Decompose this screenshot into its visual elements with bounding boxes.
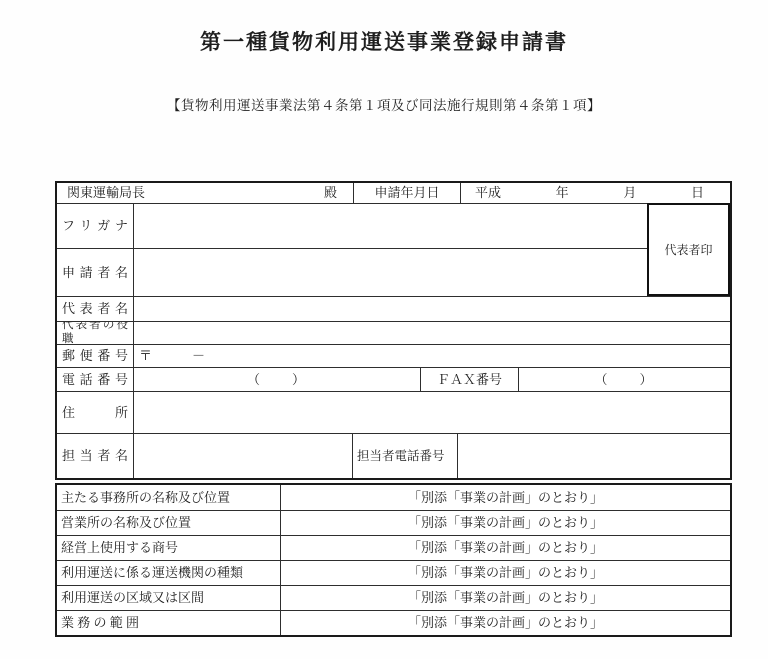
row-contact: 担当者名 担当者電話番号	[57, 433, 730, 478]
transport-mode-label: 利用運送に係る運送機関の種類	[57, 560, 280, 585]
representative-seal-box: 代表者印	[647, 203, 730, 296]
table-row: 営業所の名称及び位置 「別添「事業の計画」のとおり」	[57, 510, 730, 535]
form-legal-reference: 【貨物利用運送事業法第４条第１項及び同法施行規則第４条第１項】	[0, 94, 768, 114]
postal-mark: 〒	[139, 348, 152, 364]
row-address: 住所	[57, 391, 730, 433]
application-date-label: 申請年月日	[353, 183, 460, 203]
applicant-table: 関東運輸局長 殿 申請年月日 平成 年 月 日 フリガナ 申請者名	[55, 181, 732, 480]
trade-name-label: 経営上使用する商号	[57, 535, 280, 560]
row-phone: 電話番号 （ ） ＦＡＸ番号 （ ）	[57, 367, 730, 391]
table-row: 業 務 の 範 囲 「別添「事業の計画」のとおり」	[57, 610, 730, 635]
business-scope-label: 業 務 の 範 囲	[57, 610, 280, 635]
contact-name-label: 担当者名	[57, 433, 133, 478]
sales-office-value: 「別添「事業の計画」のとおり」	[280, 510, 730, 535]
form-title: 第一種貨物利用運送事業登録申請書	[0, 26, 768, 56]
postal-code-field[interactable]: 〒 －	[133, 344, 730, 367]
row-representative-title: 代表者の役職	[57, 321, 730, 344]
table-row: 利用運送に係る運送機関の種類 「別添「事業の計画」のとおり」	[57, 560, 730, 585]
era-label: 平成	[475, 185, 501, 201]
representative-title-field[interactable]	[133, 321, 730, 344]
postal-dash: －	[192, 348, 205, 364]
transport-area-value: 「別添「事業の計画」のとおり」	[280, 585, 730, 610]
furigana-label: フリガナ	[57, 203, 133, 248]
transport-area-label: 利用運送の区域又は区間	[57, 585, 280, 610]
contact-name-field[interactable]	[133, 433, 352, 478]
application-form-page: 第一種貨物利用運送事業登録申請書 【貨物利用運送事業法第４条第１項及び同法施行規…	[0, 0, 768, 659]
transport-mode-value: 「別添「事業の計画」のとおり」	[280, 560, 730, 585]
recipient-name: 関東運輸局長	[67, 185, 145, 201]
postal-code-label: 郵便番号	[57, 344, 133, 367]
application-date-field[interactable]: 平成 年 月 日	[460, 183, 730, 203]
phone-field[interactable]: （ ）	[133, 367, 420, 391]
row-furigana: フリガナ	[57, 203, 730, 248]
furigana-field[interactable]	[133, 203, 647, 248]
representative-name-field[interactable]	[133, 296, 730, 321]
business-scope-value: 「別添「事業の計画」のとおり」	[280, 610, 730, 635]
phone-label: 電話番号	[57, 367, 133, 391]
representative-title-label: 代表者の役職	[57, 321, 133, 344]
row-header: 関東運輸局長 殿 申請年月日 平成 年 月 日	[57, 183, 730, 203]
contact-phone-label: 担当者電話番号	[352, 433, 457, 478]
address-label: 住所	[57, 391, 133, 433]
applicant-name-label: 申請者名	[57, 248, 133, 296]
row-applicant-name: 申請者名	[57, 248, 730, 296]
honorific-dono: 殿	[324, 185, 337, 201]
year-label: 年	[556, 185, 569, 201]
address-field[interactable]	[133, 391, 730, 433]
recipient-cell: 関東運輸局長 殿	[57, 183, 353, 203]
month-label: 月	[623, 185, 636, 201]
main-office-label: 主たる事務所の名称及び位置	[57, 485, 280, 510]
sales-office-label: 営業所の名称及び位置	[57, 510, 280, 535]
table-row: 主たる事務所の名称及び位置 「別添「事業の計画」のとおり」	[57, 485, 730, 510]
fax-label: ＦＡＸ番号	[420, 367, 518, 391]
representative-seal-label: 代表者印	[664, 241, 712, 258]
fax-field[interactable]: （ ）	[518, 367, 730, 391]
day-label: 日	[691, 185, 704, 201]
main-office-value: 「別添「事業の計画」のとおり」	[280, 485, 730, 510]
table-row: 経営上使用する商号 「別添「事業の計画」のとおり」	[57, 535, 730, 560]
row-representative-name: 代表者名	[57, 296, 730, 321]
trade-name-value: 「別添「事業の計画」のとおり」	[280, 535, 730, 560]
contact-phone-field[interactable]	[457, 433, 730, 478]
business-plan-table: 主たる事務所の名称及び位置 「別添「事業の計画」のとおり」 営業所の名称及び位置…	[55, 483, 732, 637]
representative-name-label: 代表者名	[57, 296, 133, 321]
table-row: 利用運送の区域又は区間 「別添「事業の計画」のとおり」	[57, 585, 730, 610]
row-postal-code: 郵便番号 〒 －	[57, 344, 730, 367]
applicant-name-field[interactable]	[133, 248, 647, 296]
